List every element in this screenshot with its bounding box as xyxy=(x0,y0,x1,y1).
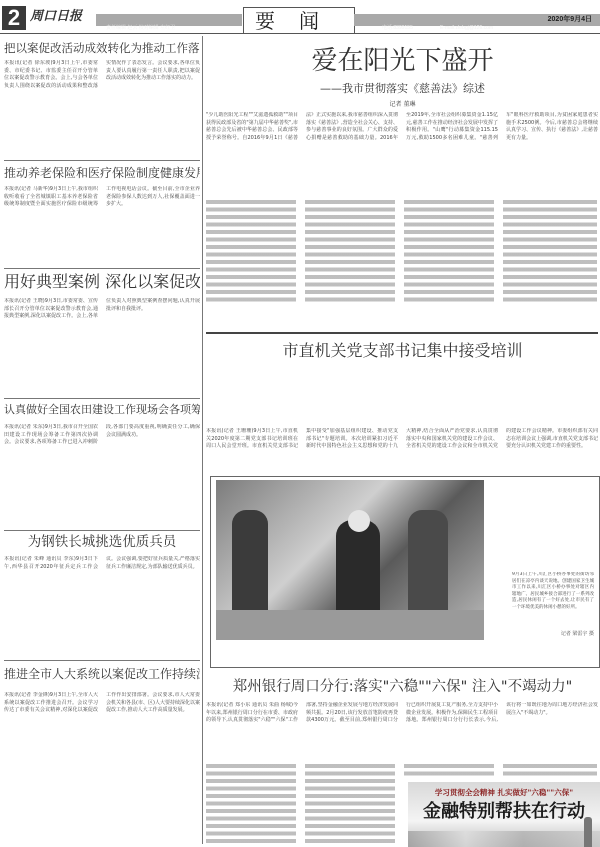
article-body: 本报讯(记者 马新华)9月3日上午,我市组织收听收看了全省城镇职工基本养老保险省… xyxy=(4,186,200,264)
feature-body-continued xyxy=(305,200,395,302)
divider xyxy=(4,398,200,399)
headline: 认真做好全国农田建设工作现场会各项筹备工作 xyxy=(4,402,200,418)
article-left-3: 用好典型案例 深化以案促改 本报讯(记者 王晓)9月3日,市委常委、宣传部长召开… xyxy=(4,270,200,394)
bank-body: 本报讯(记者 郑小东 通讯员 朱曲 杨城)今年以来,郑州银行周口分行在市委、市政… xyxy=(206,702,598,762)
ad-slogan: 学习贯彻全会精神 扎实做好"六稳""六保" xyxy=(408,788,600,798)
ad-title: 金融特别帮扶在行动 xyxy=(408,800,600,824)
page-number: 2 xyxy=(2,6,26,30)
photo-caption: 9月3日上午,川汇区小桥办事处的街坊邻居们在凉亭内谈天说地。创建国家卫生城市工作… xyxy=(512,572,594,626)
column-divider xyxy=(202,36,203,844)
feature-body-continued xyxy=(206,200,296,302)
editors-credit: 责任编辑 赵云 校对编辑 左红卫 xyxy=(106,25,175,31)
phone: 电话:8399155 xyxy=(382,25,413,31)
article-body: 本报讯(记者 李金锋)9月3日上午,全市人大系统以案促改工作推进会召开。会议学习… xyxy=(4,692,200,842)
bank-body-continued xyxy=(503,764,597,778)
feature-byline: 记者 董琳 xyxy=(205,100,600,110)
tower-icon xyxy=(584,817,592,847)
feature-body-continued xyxy=(503,200,597,302)
person-head xyxy=(348,510,370,532)
feature-headline: 爱在阳光下盛开 xyxy=(205,44,600,78)
article-left-6: 推进全市人大系统以案促改工作持续深化 本报讯(记者 李金锋)9月3日上午,全市人… xyxy=(4,664,200,842)
news-photo xyxy=(216,480,484,640)
masthead-bar-left: 责任编辑 赵云 校对编辑 左红卫 xyxy=(96,14,242,26)
article-left-4: 认真做好全国农田建设工作现场会各项筹备工作 本报讯(记者 朱东)9月3日,我市召… xyxy=(4,402,200,520)
divider xyxy=(4,660,200,661)
person-figure xyxy=(232,510,268,620)
divider xyxy=(4,530,200,531)
article-body: 本报讯(记者 朱峰 通讯员 李东)9月3日下午,西华县召开2020年征兵定兵工作… xyxy=(4,556,200,656)
divider xyxy=(206,332,598,334)
article-body: 本报讯(记者 朱东)9月3日,我市召开全国农田建设工作现场会筹备工作第四次协调会… xyxy=(4,424,200,520)
training-headline: 市直机关党支部书记集中接受培训 xyxy=(205,340,600,362)
section-title: 要闻 xyxy=(243,7,355,34)
divider xyxy=(4,160,200,161)
bank-body-continued xyxy=(404,764,494,778)
ad-banner[interactable]: 学习贯彻全会精神 扎实做好"六稳""六保" 金融特别帮扶在行动 xyxy=(408,782,600,847)
headline: 推进全市人大系统以案促改工作持续深化 xyxy=(4,664,200,684)
feature-body-continued xyxy=(404,200,494,302)
article-left-5: 为钢铁长城挑选优质兵员 本报讯(记者 朱峰 通讯员 李东)9月3日下午,西华县召… xyxy=(4,532,200,656)
bank-body-continued xyxy=(206,764,296,844)
headline: 推动养老保险和医疗保险制度健康发展 xyxy=(4,164,200,182)
article-left-1: 把以案促改活动成效转化为推动工作落实的动力 本报讯(记者 徐东坡)9月3日上午,… xyxy=(4,40,200,156)
cityscape-graphic xyxy=(408,831,600,847)
divider xyxy=(4,268,200,269)
article-body: 本报讯(记者 徐东坡)9月3日上午,市委常委、市纪委书记、市监委主任召开分管单位… xyxy=(4,60,200,156)
bank-body-continued xyxy=(305,764,395,844)
newspaper-name: 周口日报 xyxy=(30,8,82,26)
feature-subhead: ——我市贯彻落实《慈善法》综述 xyxy=(205,82,600,96)
article-left-2: 推动养老保险和医疗保险制度健康发展 本报讯(记者 马新华)9月3日上午,我市组织… xyxy=(4,164,200,264)
person-figure xyxy=(408,510,448,615)
headline: 为钢铁长城挑选优质兵员 xyxy=(4,532,200,552)
bench xyxy=(216,610,484,640)
issue-date: 2020年9月4日 xyxy=(548,14,592,26)
masthead-rule xyxy=(0,33,600,34)
bank-headline: 郑州银行周口分行:落实"六稳""六保" 注入"不竭动力" xyxy=(205,676,600,698)
headline: 把以案促改活动成效转化为推动工作落实的动力 xyxy=(4,40,200,56)
training-body: 本报讯(记者 王珊珊)9月3日上午,市直机关2020年度第二期党支部书记培训班在… xyxy=(206,428,598,468)
article-body: 本报讯(记者 王晓)9月3日,市委常委、宣传部长召开分管单位以案促改警示教育会,… xyxy=(4,298,200,394)
photo-credit: 记者 梁雷宇 摄 xyxy=(512,630,594,638)
email: E-mail:zkrbgj@126.com xyxy=(440,25,493,31)
headline: 用好典型案例 深化以案促改 xyxy=(4,270,200,294)
